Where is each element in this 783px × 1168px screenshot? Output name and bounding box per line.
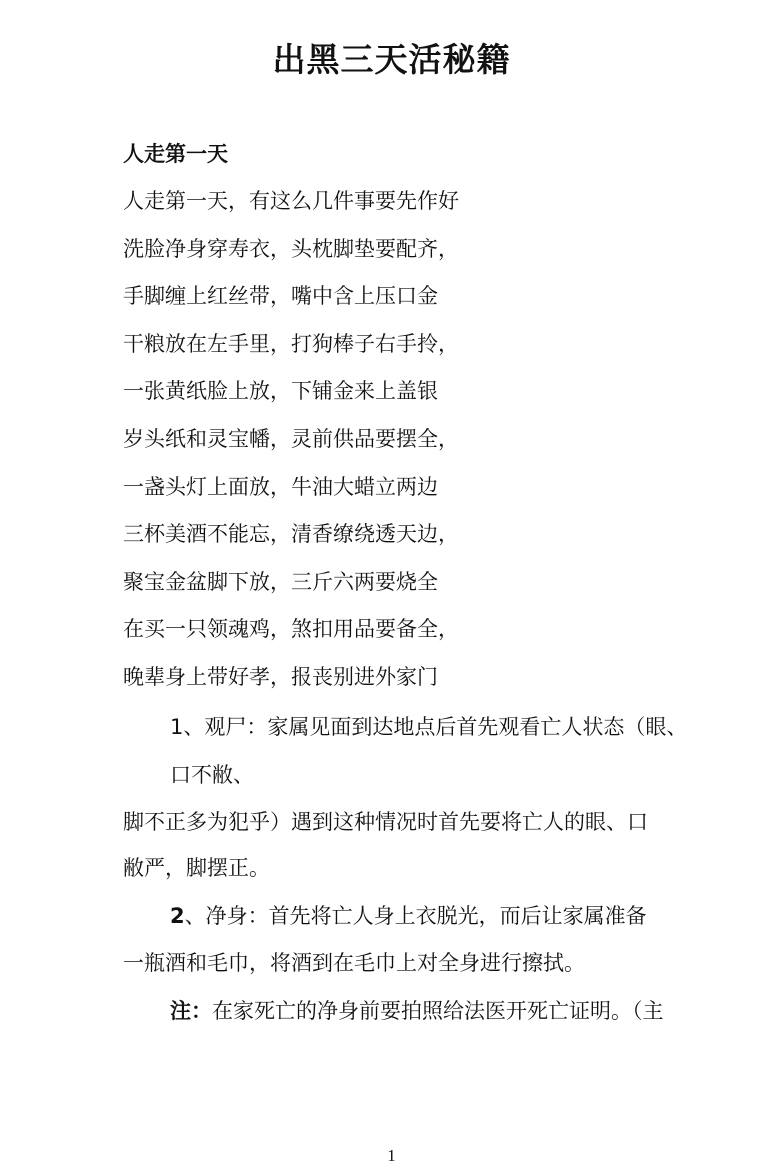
verse-line: 手脚缠上红丝带，嘴中含上压口金 — [123, 279, 459, 327]
verse-line: 一盏头灯上面放，牛油大蜡立两边 — [123, 470, 459, 518]
verse-list: 人走第一天，有这么几件事要先作好 洗脸净身穿寿衣，头枕脚垫要配齐， 手脚缠上红丝… — [123, 184, 459, 708]
verse-line: 干粮放在左手里，打狗棒子右手拎， — [123, 327, 459, 375]
item2-label: 、净身： — [185, 904, 269, 928]
item1-label: 、观尸： — [183, 715, 267, 739]
page-number: 1 — [0, 1144, 783, 1168]
verse-line: 岁头纸和灵宝幡，灵前供品要摆全， — [123, 422, 459, 470]
item1-text: 家属见面到达地点后首先观看亡人状态（眼、 — [267, 715, 687, 739]
item2-line1: 2、净身：首先将亡人身上衣脱光，而后让家属准备 — [170, 899, 647, 933]
item1-line2: 口不敝、 — [170, 758, 254, 792]
item2-line2: 一瓶酒和毛巾，将酒到在毛巾上对全身进行擦拭。 — [123, 946, 585, 980]
verse-line: 聚宝金盆脚下放，三斤六两要烧全 — [123, 565, 459, 613]
verse-line: 晚辈身上带好孝，报丧别进外家门 — [123, 660, 459, 708]
note-line: 注：在家死亡的净身前要拍照给法医开死亡证明。（主 — [170, 994, 664, 1028]
note-label: 注： — [170, 999, 212, 1023]
verse-line: 人走第一天，有这么几件事要先作好 — [123, 184, 459, 232]
note-text: 在家死亡的净身前要拍照给法医开死亡证明。（主 — [212, 999, 664, 1023]
item1-number: 1 — [170, 715, 183, 739]
item2-number: 2 — [170, 904, 185, 928]
item1-line4: 敝严，脚摆正。 — [123, 851, 270, 885]
page-title: 出黑三天活秘籍 — [0, 38, 783, 82]
verse-line: 洗脸净身穿寿衣，头枕脚垫要配齐， — [123, 232, 459, 280]
verse-line: 在买一只领魂鸡，煞扣用品要备全， — [123, 612, 459, 660]
item1-line3: 脚不正多为犯乎）遇到这种情况时首先要将亡人的眼、口 — [123, 805, 648, 839]
item1-line1: 1、观尸：家属见面到达地点后首先观看亡人状态（眼、 — [170, 710, 687, 744]
verse-line: 一张黄纸脸上放，下铺金来上盖银 — [123, 374, 459, 422]
verse-line: 三杯美酒不能忘，清香缭绕透天边， — [123, 517, 459, 565]
item2-text: 首先将亡人身上衣脱光，而后让家属准备 — [269, 904, 647, 928]
section-heading: 人走第一天 — [123, 139, 228, 169]
